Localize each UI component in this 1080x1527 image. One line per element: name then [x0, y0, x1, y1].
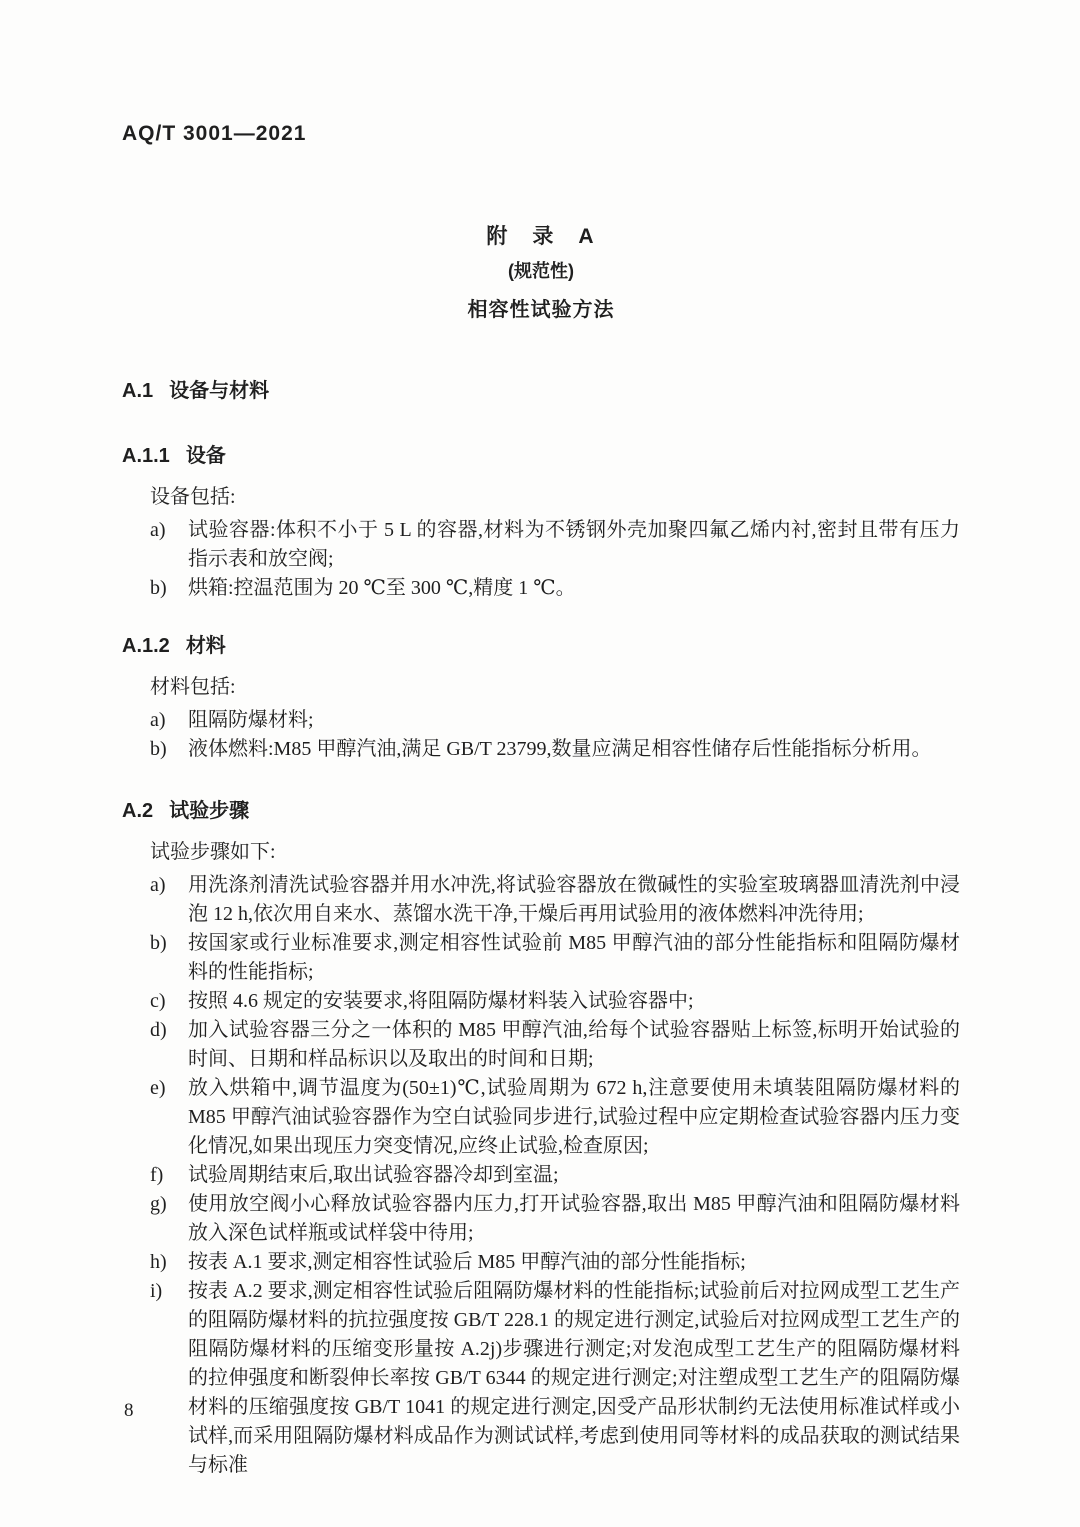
page-number: 8: [124, 1400, 134, 1422]
heading-a2-number: A.2: [122, 800, 153, 822]
list-item-marker: d): [150, 1016, 167, 1045]
list-item-marker: a): [150, 871, 166, 900]
list-item: f) 试验周期结束后,取出试验容器冷却到室温;: [122, 1161, 960, 1190]
list-item-marker: b): [150, 929, 167, 958]
list-item-text: 按照 4.6 规定的安装要求,将阻隔防爆材料装入试验容器中;: [188, 990, 694, 1012]
heading-a1-number: A.1: [122, 380, 153, 402]
a12-list: a) 阻隔防爆材料; b) 液体燃料:M85 甲醇汽油,满足 GB/T 2379…: [122, 706, 960, 764]
appendix-subtitle: 相容性试验方法: [122, 293, 960, 322]
list-item: a) 用洗涤剂清洗试验容器并用水冲洗,将试验容器放在微碱性的实验室玻璃器皿清洗剂…: [122, 871, 960, 929]
heading-a2-text: 试验步骤: [169, 800, 249, 822]
list-item-text: 阻隔防爆材料;: [188, 709, 314, 731]
heading-a11-number: A.1.1: [122, 445, 170, 467]
document-page: AQ/T 3001—2021 附 录 A (规范性) 相容性试验方法 A.1设备…: [0, 0, 1080, 1527]
heading-a12-number: A.1.2: [122, 635, 170, 657]
a12-intro-paragraph: 材料包括:: [150, 673, 960, 702]
list-item-text: 按国家或行业标准要求,测定相容性试验前 M85 甲醇汽油的部分性能指标和阻隔防爆…: [188, 932, 960, 983]
list-item: b) 烘箱:控温范围为 20 ℃至 300 ℃,精度 1 ℃。: [122, 574, 960, 603]
list-item: b) 按国家或行业标准要求,测定相容性试验前 M85 甲醇汽油的部分性能指标和阻…: [122, 929, 960, 987]
list-item-text: 加入试验容器三分之一体积的 M85 甲醇汽油,给每个试验容器贴上标签,标明开始试…: [188, 1019, 960, 1070]
heading-a1: A.1设备与材料: [122, 374, 960, 403]
list-item-text: 按表 A.1 要求,测定相容性试验后 M85 甲醇汽油的部分性能指标;: [188, 1251, 746, 1273]
list-item: g) 使用放空阀小心释放试验容器内压力,打开试验容器,取出 M85 甲醇汽油和阻…: [122, 1190, 960, 1248]
list-item-marker: e): [150, 1074, 166, 1103]
a2-intro-paragraph: 试验步骤如下:: [150, 838, 960, 867]
list-item-marker: g): [150, 1190, 167, 1219]
list-item-text: 试验周期结束后,取出试验容器冷却到室温;: [188, 1164, 559, 1186]
appendix-title: 附 录 A: [122, 220, 960, 250]
list-item-marker: c): [150, 987, 166, 1016]
appendix-normative-label: (规范性): [122, 257, 960, 283]
list-item: c) 按照 4.6 规定的安装要求,将阻隔防爆材料装入试验容器中;: [122, 987, 960, 1016]
heading-a12-text: 材料: [186, 635, 226, 657]
a11-intro-paragraph: 设备包括:: [150, 483, 960, 512]
list-item: b) 液体燃料:M85 甲醇汽油,满足 GB/T 23799,数量应满足相容性储…: [122, 735, 960, 764]
a11-list: a) 试验容器:体积不小于 5 L 的容器,材料为不锈钢外壳加聚四氟乙烯内衬,密…: [122, 516, 960, 603]
heading-a11: A.1.1设备: [122, 439, 960, 468]
list-item-marker: a): [150, 706, 166, 735]
heading-a2: A.2试验步骤: [122, 794, 960, 823]
heading-a11-text: 设备: [186, 445, 226, 467]
list-item: h) 按表 A.1 要求,测定相容性试验后 M85 甲醇汽油的部分性能指标;: [122, 1248, 960, 1277]
list-item-text: 放入烘箱中,调节温度为(50±1)℃,试验周期为 672 h,注意要使用未填装阻…: [188, 1077, 960, 1157]
list-item-text: 使用放空阀小心释放试验容器内压力,打开试验容器,取出 M85 甲醇汽油和阻隔防爆…: [188, 1193, 960, 1244]
list-item-text: 液体燃料:M85 甲醇汽油,满足 GB/T 23799,数量应满足相容性储存后性…: [188, 738, 932, 760]
list-item-marker: h): [150, 1248, 167, 1277]
a2-list: a) 用洗涤剂清洗试验容器并用水冲洗,将试验容器放在微碱性的实验室玻璃器皿清洗剂…: [122, 871, 960, 1480]
heading-a12: A.1.2材料: [122, 629, 960, 658]
list-item: a) 阻隔防爆材料;: [122, 706, 960, 735]
list-item: a) 试验容器:体积不小于 5 L 的容器,材料为不锈钢外壳加聚四氟乙烯内衬,密…: [122, 516, 960, 574]
list-item-marker: a): [150, 516, 166, 545]
list-item-marker: b): [150, 735, 167, 764]
list-item-marker: i): [150, 1277, 162, 1306]
list-item-text: 按表 A.2 要求,测定相容性试验后阻隔防爆材料的性能指标;试验前后对拉网成型工…: [188, 1280, 960, 1476]
list-item-text: 试验容器:体积不小于 5 L 的容器,材料为不锈钢外壳加聚四氟乙烯内衬,密封且带…: [188, 519, 960, 570]
page-content: 附 录 A (规范性) 相容性试验方法 A.1设备与材料 A.1.1设备 设备包…: [122, 0, 960, 1480]
list-item: e) 放入烘箱中,调节温度为(50±1)℃,试验周期为 672 h,注意要使用未…: [122, 1074, 960, 1161]
list-item-marker: b): [150, 574, 167, 603]
heading-a1-text: 设备与材料: [169, 380, 269, 402]
list-item-marker: f): [150, 1161, 163, 1190]
appendix-title-block: 附 录 A (规范性) 相容性试验方法: [122, 220, 960, 322]
list-item: d) 加入试验容器三分之一体积的 M85 甲醇汽油,给每个试验容器贴上标签,标明…: [122, 1016, 960, 1074]
list-item: i) 按表 A.2 要求,测定相容性试验后阻隔防爆材料的性能指标;试验前后对拉网…: [122, 1277, 960, 1480]
list-item-text: 烘箱:控温范围为 20 ℃至 300 ℃,精度 1 ℃。: [188, 577, 576, 599]
list-item-text: 用洗涤剂清洗试验容器并用水冲洗,将试验容器放在微碱性的实验室玻璃器皿清洗剂中浸泡…: [188, 874, 960, 925]
